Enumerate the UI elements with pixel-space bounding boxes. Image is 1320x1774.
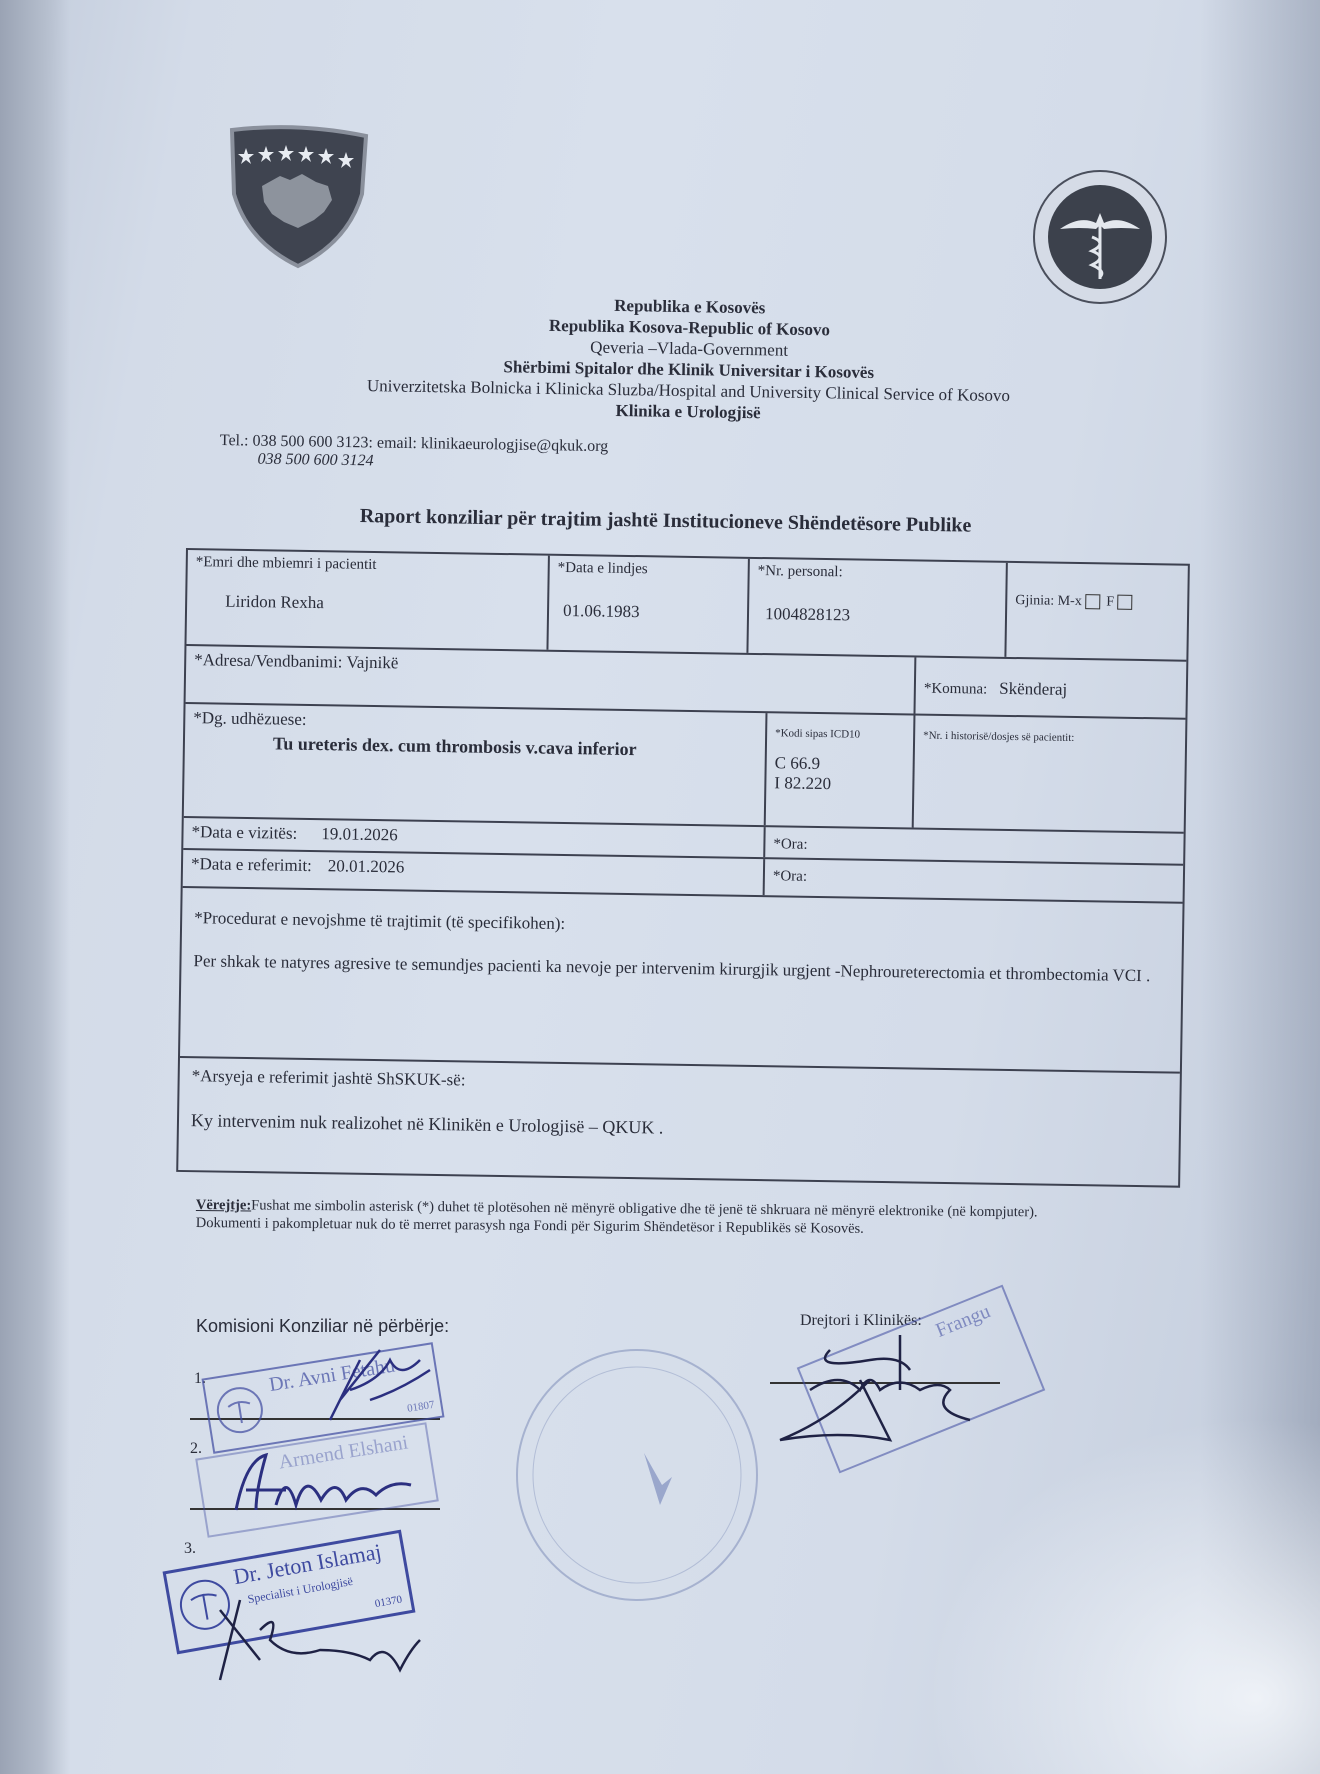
gender-m-mark: x xyxy=(1075,594,1082,609)
personal-no-cell: *Nr. personal: 1004828123 xyxy=(748,559,1007,657)
patient-name-label: *Emri dhe mbiemri i pacientit xyxy=(196,554,540,576)
gender-cell: Gjinia: M-x F xyxy=(1006,563,1183,660)
municipality-cell: *Komuna: Skënderaj xyxy=(915,657,1182,717)
gender-label: Gjinia: M- xyxy=(1015,593,1075,609)
icd-code-1: C 66.9 xyxy=(775,753,905,775)
institution-round-stamp xyxy=(512,1345,762,1605)
gender-f-checkbox[interactable] xyxy=(1117,595,1132,610)
procedures-label: *Procedurat e nevojshme të trajtimit (të… xyxy=(194,906,1166,944)
municipality-label: *Komuna: xyxy=(924,681,988,698)
page-shadow-left xyxy=(0,0,70,1774)
diagnosis-cell: *Dg. udhëzuese: Tu ureteris dex. cum thr… xyxy=(184,704,768,825)
remark-note: Vërejtje:Fushat me simbolin asterisk (*)… xyxy=(196,1196,1186,1241)
icd-code-2: I 82.220 xyxy=(774,773,904,795)
procedures-cell: *Procedurat e nevojshme të trajtimit (të… xyxy=(180,888,1179,1072)
address: Vajnikë xyxy=(346,653,398,673)
remark-text-2: Dokumenti i pakompletuar nuk do të merre… xyxy=(196,1215,864,1237)
reason-text: Ky intervenim nuk realizohet në Klinikën… xyxy=(191,1109,1163,1147)
referral-date: 20.01.2026 xyxy=(328,856,405,876)
patient-name: Liridon Rexha xyxy=(225,592,539,617)
icd-label: *Kodi sipas ICD10 xyxy=(775,727,905,741)
caduceus-seal-icon xyxy=(1030,167,1170,307)
institution-header: Republika e Kosovës Republika Kosova-Rep… xyxy=(298,290,1080,428)
visit-time-cell: *Ora: xyxy=(765,827,1179,863)
email-label: : email: xyxy=(368,434,421,452)
patient-name-cell: *Emri dhe mbiemri i pacientit Liridon Re… xyxy=(186,550,549,650)
gender-m-checkbox[interactable] xyxy=(1085,594,1100,609)
phone-1: Tel.: 038 500 600 3123 xyxy=(220,432,369,451)
email: klinikaeurologjise@qkuk.org xyxy=(421,435,609,455)
dob-label: *Data e lindjes xyxy=(558,560,740,580)
scanned-document: Republika e Kosovës Republika Kosova-Rep… xyxy=(0,0,1320,1774)
dob-cell: *Data e lindjes 01.06.1983 xyxy=(548,556,749,653)
remark-label: Vërejtje: xyxy=(196,1197,251,1213)
gender-f-label: F xyxy=(1106,594,1114,609)
history-cell: *Nr. i historisë/dosjes së pacientit: xyxy=(914,715,1182,831)
address-cell: *Adresa/Vendbanimi: Vajnikë xyxy=(186,646,917,713)
kosovo-coat-of-arms-icon xyxy=(228,124,370,269)
personal-no: 1004828123 xyxy=(765,604,997,628)
municipality: Skënderaj xyxy=(999,679,1067,699)
member-2-signature xyxy=(226,1450,416,1520)
reason-cell: *Arsyeja e referimit jashtë ShSKUK-së: K… xyxy=(178,1058,1176,1186)
address-label: *Adresa/Vendbanimi: xyxy=(194,650,343,671)
member-3-number: 3. xyxy=(184,1540,196,1558)
visit-time-label: *Ora: xyxy=(773,836,807,853)
referral-time-cell: *Ora: xyxy=(765,859,1180,901)
stamp-seal-icon xyxy=(211,1382,268,1439)
visit-date-label: *Data e vizitës: xyxy=(191,822,297,843)
dob: 01.06.1983 xyxy=(563,601,739,624)
visit-date: 19.01.2026 xyxy=(321,824,398,844)
light-glare xyxy=(900,1394,1320,1774)
icd-cell: *Kodi sipas ICD10 C 66.9 I 82.220 xyxy=(766,713,916,827)
personal-no-label: *Nr. personal: xyxy=(758,563,998,584)
referral-time-label: *Ora: xyxy=(773,868,807,885)
member-3-signature xyxy=(200,1590,430,1690)
contact-info: Tel.: 038 500 600 3123: email: klinikaeu… xyxy=(219,432,608,474)
member-1-signature xyxy=(320,1340,440,1430)
referral-date-label: *Data e referimit: xyxy=(191,854,312,875)
referral-form: *Emri dhe mbiemri i pacientit Liridon Re… xyxy=(176,548,1190,1188)
procedures-text: Per shkak te natyres agresive te semundj… xyxy=(193,949,1165,987)
history-label: *Nr. i historisë/dosjes së pacientit: xyxy=(923,730,1173,746)
member-2-number: 2. xyxy=(190,1440,202,1458)
document-title: Raport konziliar për trajtim jashtë Inst… xyxy=(360,505,972,538)
commission-label: Komisioni Konziliar në përbërje: xyxy=(196,1316,449,1337)
diagnosis: Tu ureteris dex. cum thrombosis v.cava i… xyxy=(273,733,757,762)
